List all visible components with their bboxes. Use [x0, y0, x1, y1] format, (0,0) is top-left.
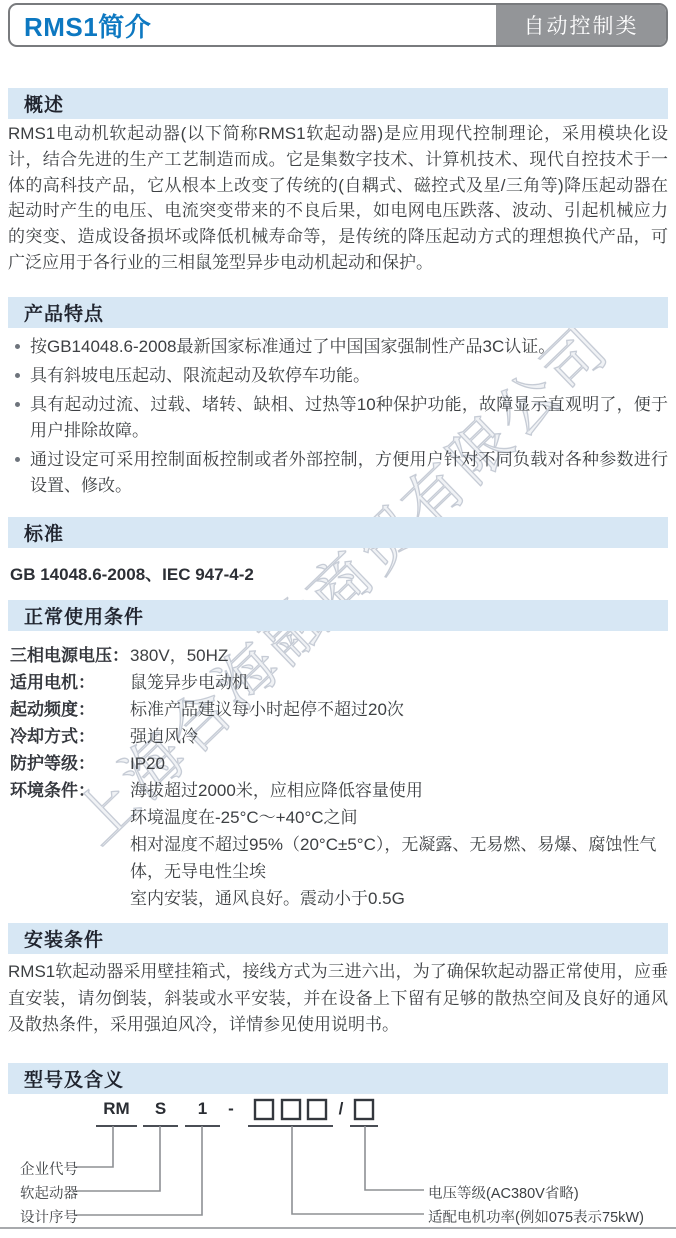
condition-label: 适用电机： — [10, 669, 130, 696]
category-tag: 自动控制类 — [496, 5, 666, 45]
list-item: 按GB14048.6-2008最新国家标准通过了中国国家强制性产品3C认证。 — [8, 334, 668, 360]
model-label-starter: 软起动器 — [20, 1182, 78, 1203]
section-heading-standards: 标准 — [8, 517, 668, 548]
model-digit-box — [255, 1100, 273, 1119]
table-row: 冷却方式： 强迫风冷 — [10, 723, 666, 750]
page-title: RMS1简介 — [24, 5, 151, 45]
table-row: 环境温度在-25°C～+40°C之间 — [10, 804, 666, 831]
model-label-voltage: 电压等级(AC380V省略) — [428, 1182, 579, 1203]
model-code-diagram: RM S 1 - / 企业代号 软起动器 设计序号 电压等级(AC380V省略)… — [0, 1095, 676, 1228]
condition-value: IP20 — [130, 750, 666, 777]
table-row: 防护等级： IP20 — [10, 750, 666, 777]
model-label-power: 适配电机功率(例如075表示75kW) — [428, 1206, 644, 1227]
condition-value: 环境温度在-25°C～+40°C之间 — [130, 804, 666, 831]
condition-label: 环境条件： — [10, 777, 130, 804]
section-heading-installation: 安装条件 — [8, 923, 668, 954]
model-label-series: 设计序号 — [20, 1206, 78, 1227]
table-row: 适用电机： 鼠笼异步电动机 — [10, 669, 666, 696]
table-row: 环境条件： 海拔超过2000米，应相应降低容量使用 — [10, 777, 666, 804]
model-segment-dash: - — [224, 1099, 238, 1119]
model-segment-series: 1 — [185, 1099, 220, 1119]
condition-value: 强迫风冷 — [130, 723, 666, 750]
table-row: 相对湿度不超过95%（20°C±5°C），无凝露、无易燃、易爆、腐蚀性气体，无导… — [10, 831, 666, 885]
model-digit-box — [282, 1100, 300, 1119]
list-item: 通过设定可采用控制面板控制或者外部控制，方便用户针对不同负载对各种参数进行设置、… — [8, 447, 668, 499]
model-digit-box — [308, 1100, 326, 1119]
model-digit-box — [355, 1100, 373, 1119]
overview-paragraph: RMS1电动机软起动器(以下简称RMS1软起动器)是应用现代控制理论，采用模块化… — [8, 121, 668, 276]
installation-paragraph: RMS1软起动器采用壁挂箱式，接线方式为三进六出，为了确保软起动器正常使用，应垂… — [8, 959, 668, 1039]
list-item: 具有斜坡电压起动、限流起动及软停车功能。 — [8, 363, 668, 389]
section-heading-conditions: 正常使用条件 — [8, 600, 668, 631]
datasheet-page: 上海合海融商贸有限公司 RMS1简介 自动控制类 概述 RMS1电动机软起动器(… — [0, 0, 676, 1238]
condition-label: 防护等级： — [10, 750, 130, 777]
condition-label: 三相电源电压： — [10, 642, 130, 669]
table-row: 室内安装，通风良好。震动小于0.5G — [10, 885, 666, 912]
condition-value: 室内安装，通风良好。震动小于0.5G — [130, 885, 666, 912]
section-heading-features: 产品特点 — [8, 297, 668, 328]
page-header: RMS1简介 自动控制类 — [8, 3, 668, 47]
conditions-table: 三相电源电压： 380V，50HZ 适用电机： 鼠笼异步电动机 起动频度： 标准… — [10, 642, 666, 912]
condition-value: 相对湿度不超过95%（20°C±5°C），无凝露、无易燃、易爆、腐蚀性气体，无导… — [130, 831, 666, 885]
condition-value: 标准产品建议每小时起停不超过20次 — [130, 696, 666, 723]
model-segment-slash: / — [334, 1099, 348, 1119]
model-segment-starter: S — [143, 1099, 178, 1119]
condition-value: 380V，50HZ — [130, 642, 666, 669]
section-heading-overview: 概述 — [8, 88, 668, 119]
condition-label: 起动频度： — [10, 696, 130, 723]
footer-divider — [0, 1227, 676, 1229]
model-label-company: 企业代号 — [20, 1158, 78, 1179]
condition-value: 海拔超过2000米，应相应降低容量使用 — [130, 777, 666, 804]
list-item: 具有起动过流、过载、堵转、缺相、过热等10种保护功能，故障显示直观明了，便于用户… — [8, 392, 668, 444]
table-row: 三相电源电压： 380V，50HZ — [10, 642, 666, 669]
condition-label: 冷却方式： — [10, 723, 130, 750]
table-row: 起动频度： 标准产品建议每小时起停不超过20次 — [10, 696, 666, 723]
features-list: 按GB14048.6-2008最新国家标准通过了中国国家强制性产品3C认证。 具… — [8, 334, 668, 502]
standards-text: GB 14048.6-2008、IEC 947-4-2 — [10, 560, 254, 585]
section-heading-model: 型号及含义 — [8, 1063, 668, 1094]
condition-value: 鼠笼异步电动机 — [130, 669, 666, 696]
model-segment-company: RM — [96, 1099, 137, 1119]
